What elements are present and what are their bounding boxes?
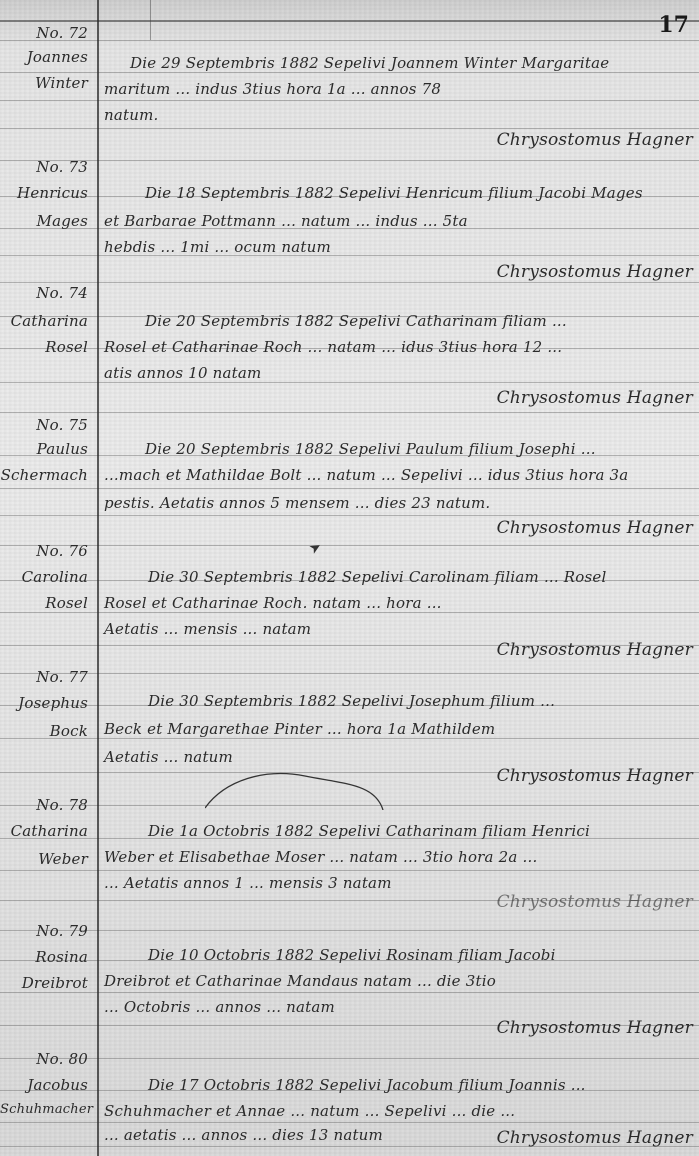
entry-number: No. 78 <box>0 796 88 814</box>
ruled-line <box>0 382 699 383</box>
priest-signature: Chrysostomus Hagner <box>497 388 693 408</box>
priest-signature: Chrysostomus Hagner <box>497 1018 693 1038</box>
entry-line-2: Dreibrot et Catharinae Mandaus natam ...… <box>104 972 496 990</box>
ruled-line <box>0 612 699 613</box>
priest-signature: Chrysostomus Hagner <box>497 262 693 282</box>
pen-stroke-mark <box>205 770 385 810</box>
ruled-line <box>0 282 699 283</box>
entry-line-3: ... Octobris ... annos ... natam <box>104 998 335 1016</box>
ruled-line <box>0 128 699 129</box>
ruled-line <box>0 738 699 739</box>
entry-line-1: Die 30 Septembris 1882 Sepelivi Josephum… <box>148 692 555 710</box>
entry-first-name: Carolina <box>0 568 88 586</box>
priest-signature: Chrysostomus Hagner <box>497 640 693 660</box>
entry-first-name: Joannes <box>0 48 88 66</box>
entry-number: No. 75 <box>0 416 88 434</box>
entry-first-name: Jacobus <box>0 1076 88 1094</box>
entry-last-name: Schermach <box>0 466 88 484</box>
entry-line-3: Aetatis ... mensis ... natam <box>104 620 311 638</box>
entry-line-1: Die 20 Septembris 1882 Sepelivi Paulum f… <box>145 440 596 458</box>
entry-line-2: Schuhmacher et Annae ... natum ... Sepel… <box>104 1102 515 1120</box>
entry-first-name: Rosina <box>0 948 88 966</box>
ruled-line <box>0 1122 699 1123</box>
ruled-line <box>0 72 699 73</box>
arrow-mark: ➤ <box>307 538 326 559</box>
entry-number: No. 74 <box>0 284 88 302</box>
entry-last-name: Schuhmacher <box>0 1102 88 1117</box>
priest-signature: Chrysostomus Hagner <box>497 518 693 538</box>
ruled-line <box>0 1058 699 1059</box>
entry-last-name: Weber <box>0 850 88 868</box>
ruled-line <box>0 515 699 516</box>
entry-last-name: Dreibrot <box>0 974 88 992</box>
entry-first-name: Paulus <box>0 440 88 458</box>
entry-number: No. 79 <box>0 922 88 940</box>
entry-last-name: Bock <box>0 722 88 740</box>
entry-line-3: hebdis ... 1mi ... ocum natum <box>104 238 331 256</box>
entry-first-name: Josephus <box>0 694 88 712</box>
entry-line-2: maritum ... indus 3tius hora 1a ... anno… <box>104 80 441 98</box>
entry-number: No. 76 <box>0 542 88 560</box>
entry-line-1: Die 17 Octobris 1882 Sepelivi Jacobum fi… <box>148 1076 586 1094</box>
page-number: 17 <box>658 12 689 38</box>
priest-signature: Chrysostomus Hagner <box>497 892 693 912</box>
entry-number: No. 80 <box>0 1050 88 1068</box>
entry-line-2: Weber et Elisabethae Moser ... natam ...… <box>104 848 537 866</box>
ruled-line <box>0 412 699 413</box>
entry-first-name: Catharina <box>0 822 88 840</box>
margin-rule <box>97 0 99 1156</box>
entry-line-2: Rosel et Catharinae Roch. natam ... hora… <box>104 594 442 612</box>
ruled-line <box>0 160 699 161</box>
entry-line-1: Die 1a Octobris 1882 Sepelivi Catharinam… <box>148 822 590 840</box>
entry-last-name: Rosel <box>0 594 88 612</box>
entry-last-name: Winter <box>0 74 88 92</box>
entry-last-name: Mages <box>0 212 88 230</box>
entry-line-2: et Barbarae Pottmann ... natum ... indus… <box>104 212 468 230</box>
priest-signature: Chrysostomus Hagner <box>497 1128 693 1148</box>
entry-number: No. 73 <box>0 158 88 176</box>
ruled-line <box>0 545 699 546</box>
entry-line-1: Die 20 Septembris 1882 Sepelivi Catharin… <box>145 312 567 330</box>
ruled-line <box>0 20 699 22</box>
header-rule <box>150 0 151 40</box>
entry-line-1: Die 30 Septembris 1882 Sepelivi Carolina… <box>148 568 607 586</box>
entry-line-1: Die 29 Septembris 1882 Sepelivi Joannem … <box>130 54 609 72</box>
priest-signature: Chrysostomus Hagner <box>497 766 693 786</box>
entry-line-2: Rosel et Catharinae Roch ... natam ... i… <box>104 338 562 356</box>
ruled-line <box>0 930 699 931</box>
entry-number: No. 72 <box>0 24 88 42</box>
entry-line-1: Die 18 Septembris 1882 Sepelivi Henricum… <box>145 184 643 202</box>
register-page: 17 No. 72 Joannes Winter Die 29 Septembr… <box>0 0 699 1156</box>
ruled-line <box>0 100 699 101</box>
ruled-line <box>0 488 699 489</box>
entry-line-2: ...mach et Mathildae Bolt ... natum ... … <box>104 466 628 484</box>
entry-line-3: pestis. Aetatis annos 5 mensem ... dies … <box>104 494 490 512</box>
entry-line-3: atis annos 10 natam <box>104 364 261 382</box>
ruled-line <box>0 870 699 871</box>
entry-line-3: natum. <box>104 106 158 124</box>
entry-line-3: Aetatis ... natum <box>104 748 233 766</box>
entry-last-name: Rosel <box>0 338 88 356</box>
entry-number: No. 77 <box>0 668 88 686</box>
entry-first-name: Catharina <box>0 312 88 330</box>
ruled-line <box>0 40 699 41</box>
entry-line-2: Beck et Margarethae Pinter ... hora 1a M… <box>104 720 495 738</box>
ruled-line <box>0 673 699 674</box>
entry-line-1: Die 10 Octobris 1882 Sepelivi Rosinam fi… <box>148 946 556 964</box>
entry-line-3: ... aetatis ... annos ... dies 13 natum <box>104 1126 383 1144</box>
ruled-line <box>0 992 699 993</box>
priest-signature: Chrysostomus Hagner <box>497 130 693 150</box>
entry-line-3: ... Aetatis annos 1 ... mensis 3 natam <box>104 874 392 892</box>
entry-first-name: Henricus <box>0 184 88 202</box>
